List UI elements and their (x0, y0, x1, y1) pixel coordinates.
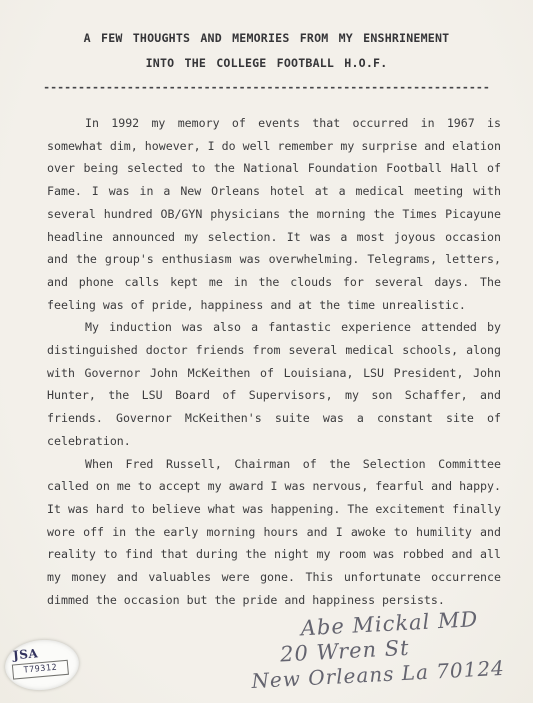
paragraph: In 1992 my memory of events that occurre… (47, 112, 501, 316)
jsa-logo: JSA (12, 646, 38, 662)
letter-body: In 1992 my memory of events that occurre… (47, 112, 501, 611)
jsa-serial-number: T79312 (12, 660, 69, 680)
handwritten-signature-block: Abe Mickal MD 20 Wren St New Orleans La … (248, 605, 522, 694)
paragraph: When Fred Russell, Chairman of the Selec… (47, 453, 501, 612)
title-line-1: A FEW THOUGHTS AND MEMORIES FROM MY ENSH… (0, 26, 533, 51)
title-line-2: INTO THE COLLEGE FOOTBALL H.O.F. (0, 51, 533, 76)
typed-dashed-divider: ----------------------------------------… (0, 77, 533, 97)
jsa-authentication-sticker: JSA T79312 (3, 637, 81, 693)
paragraph: My induction was also a fantastic experi… (47, 316, 501, 452)
letter-title: A FEW THOUGHTS AND MEMORIES FROM MY ENSH… (0, 0, 533, 75)
scanned-letter-page: A FEW THOUGHTS AND MEMORIES FROM MY ENSH… (0, 0, 533, 703)
